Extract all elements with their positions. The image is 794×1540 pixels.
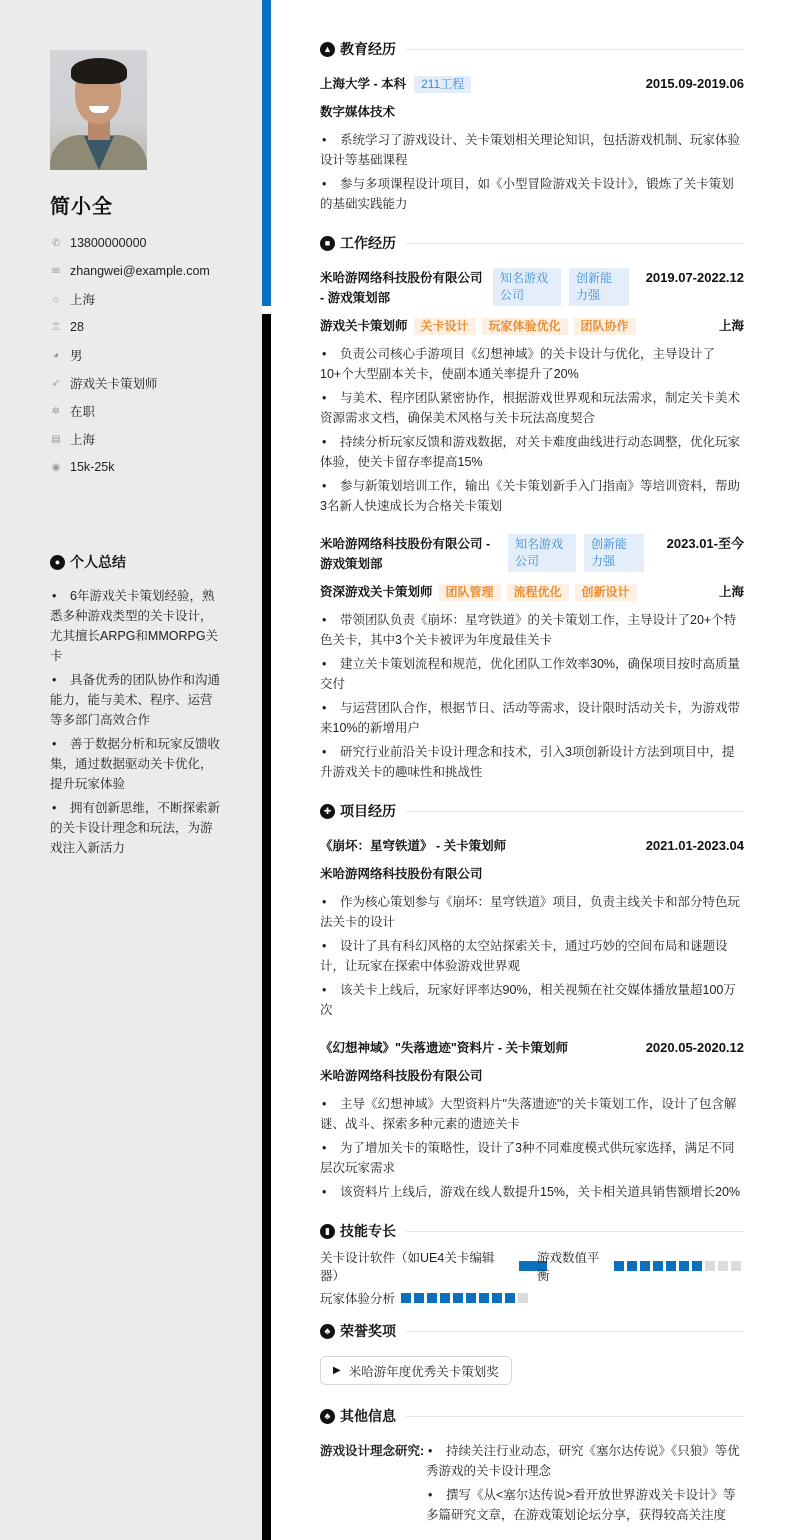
phone-icon: ✆ [50, 237, 62, 249]
project-name: 《崩坏：星穹铁道》 - 关卡策划师 [320, 836, 506, 856]
skill-tag: 关卡设计 [414, 318, 476, 335]
company-tag: 创新能力强 [569, 268, 629, 306]
job-role: 游戏关卡策划师 [320, 319, 408, 333]
summary-heading: ● 个人总结 [50, 552, 220, 572]
summary-section: ● 个人总结 6年游戏关卡策划经验，熟悉多种游戏类型的关卡设计，尤其擅长ARPG… [50, 552, 220, 862]
education-entry: 上海大学 - 本科211工程 2015.09-2019.06 数字媒体技术 系统… [320, 74, 744, 214]
company-name: 米哈游网络科技股份有限公司 - 游戏策划部 [320, 268, 485, 308]
work-date: 2023.01-至今 [667, 534, 744, 554]
company-tag: 知名游戏公司 [508, 534, 576, 572]
contact-location: ⌂上海 [50, 285, 210, 313]
avatar [50, 50, 147, 170]
skill-level-bar [401, 1293, 531, 1303]
contact-gender: ◕男 [50, 341, 210, 369]
work-entry: 米哈游网络科技股份有限公司 - 游戏策划部 知名游戏公司 创新能力强 2023.… [320, 534, 744, 782]
project-entry: 《崩坏：星穹铁道》 - 关卡策划师2021.01-2023.04 米哈游网络科技… [320, 836, 744, 1020]
work-item: 与运营团队合作，根据节日、活动等需求，设计限时活动关卡，为游戏带来10%的新增用… [320, 698, 744, 738]
accent-bar-black [262, 314, 271, 1540]
contact-position: ➶游戏关卡策划师 [50, 369, 210, 397]
work-entry: 米哈游网络科技股份有限公司 - 游戏策划部 知名游戏公司 创新能力强 2019.… [320, 268, 744, 516]
bar-chart-icon: ▮ [320, 1224, 335, 1239]
awards-heading: ♣ 荣誉奖项 [320, 1320, 744, 1342]
company-tag: 创新能力强 [584, 534, 644, 572]
project-date: 2020.05-2020.12 [646, 1038, 744, 1058]
school-name: 上海大学 - 本科 [320, 77, 406, 91]
education-item: 系统学习了游戏设计、关卡策划相关理论知识，包括游戏机制、玩家体验设计等基础课程 [320, 130, 744, 170]
award-item: ▶ 米哈游年度优秀关卡策划奖 [320, 1356, 512, 1385]
work-item: 参与新策划培训工作，输出《关卡策划新手入门指南》等培训资料，帮助3名新人快速成长… [320, 476, 744, 516]
work-item: 研究行业前沿关卡设计理念和技术，引入3项创新设计方法到项目中，提升游戏关卡的趣味… [320, 742, 744, 782]
project-date: 2021.01-2023.04 [646, 836, 744, 856]
info-icon: ♣ [320, 1409, 335, 1424]
project-item: 作为核心策划参与《崩坏：星穹铁道》项目，负责主线关卡和部分特色玩法关卡的设计 [320, 892, 744, 932]
divider [406, 49, 744, 50]
send-icon: ➶ [50, 377, 62, 389]
contact-phone: ✆13800000000 [50, 229, 210, 257]
major: 数字媒体技术 [320, 102, 744, 122]
other-item: 持续关注行业动态，研究《塞尔达传说》《只狼》等优秀游戏的关卡设计理念 [426, 1441, 744, 1481]
job-location: 上海 [719, 582, 744, 602]
skill-row: 玩家体验分析 [320, 1288, 744, 1308]
company-name: 米哈游网络科技股份有限公司 - 游戏策划部 [320, 534, 500, 574]
age-icon: ♖ [50, 321, 62, 333]
contact-status: ✲在职 [50, 397, 210, 425]
building-icon: ▤ [50, 433, 62, 445]
skill-tag: 团队协作 [574, 318, 636, 335]
play-icon: ▶ [333, 1365, 341, 1376]
award-icon: ♣ [320, 1324, 335, 1339]
divider [406, 1331, 744, 1332]
skill-level-bar [614, 1261, 744, 1271]
summary-item: 6年游戏关卡策划经验，熟悉多种游戏类型的关卡设计，尤其擅长ARPG和MMORPG… [50, 586, 220, 666]
gender-icon: ◕ [50, 349, 62, 361]
work-item: 持续分析玩家反馈和游戏数据，对关卡难度曲线进行动态调整，优化玩家体验，使关卡留存… [320, 432, 744, 472]
divider [406, 1231, 744, 1232]
graduation-cap-icon: ▲ [320, 42, 335, 57]
project-item: 该关卡上线后，玩家好评率达90%，相关视频在社交媒体播放量超100万次 [320, 980, 744, 1020]
mail-icon: ✉ [50, 265, 62, 277]
school-tag: 211工程 [414, 76, 471, 93]
user-icon: ● [50, 555, 65, 570]
skill-name: 关卡设计软件（如UE4关卡编辑器） [320, 1248, 509, 1284]
work-item: 负责公司核心手游项目《幻想神域》的关卡设计与优化，主导设计了10+个大型副本关卡… [320, 344, 744, 384]
profile-name: 简小全 [50, 190, 113, 219]
education-item: 参与多项课程设计项目，如《小型冒险游戏关卡设计》，锻炼了关卡策划的基础实践能力 [320, 174, 744, 214]
project-item: 设计了具有科幻风格的太空站探索关卡，通过巧妙的空间布局和谜题设计，让玩家在探索中… [320, 936, 744, 976]
contact-list: ✆13800000000 ✉zhangwei@example.com ⌂上海 ♖… [50, 229, 210, 481]
status-icon: ✲ [50, 405, 62, 417]
company-tag: 知名游戏公司 [493, 268, 561, 306]
main-content: ▲ 教育经历 上海大学 - 本科211工程 2015.09-2019.06 数字… [320, 38, 744, 1529]
skill-tag: 团队管理 [439, 584, 501, 601]
project-entry: 《幻想神域》"失落遗迹"资料片 - 关卡策划师2020.05-2020.12 米… [320, 1038, 744, 1202]
salary-icon: ◉ [50, 461, 62, 473]
work-date: 2019.07-2022.12 [646, 268, 744, 288]
skill-row: 关卡设计软件（如UE4关卡编辑器） 游戏数值平衡 [320, 1256, 744, 1276]
skills-heading: ▮ 技能专长 [320, 1220, 744, 1242]
briefcase-icon: ■ [320, 236, 335, 251]
work-item: 建立关卡策划流程和规范，优化团队工作效率30%，确保项目按时高质量交付 [320, 654, 744, 694]
project-company: 米哈游网络科技股份有限公司 [320, 864, 744, 884]
projects-heading: ✚ 项目经历 [320, 800, 744, 822]
work-item: 与美术、程序团队紧密协作，根据游戏世界观和玩法需求，制定关卡美术资源需求文档，确… [320, 388, 744, 428]
contact-salary: ◉15k-25k [50, 453, 210, 481]
work-item: 带领团队负责《崩坏：星穹铁道》的关卡策划工作，主导设计了20+个特色关卡，其中3… [320, 610, 744, 650]
project-item: 为了增加关卡的策略性，设计了3种不同难度模式供玩家选择，满足不同层次玩家需求 [320, 1138, 744, 1178]
summary-item: 善于数据分析和玩家反馈收集，通过数据驱动关卡优化，提升玩家体验 [50, 734, 220, 794]
divider [406, 811, 744, 812]
job-location: 上海 [719, 316, 744, 336]
project-item: 该资料片上线后，游戏在线人数提升15%，关卡相关道具销售额增长20% [320, 1182, 744, 1202]
divider [406, 1416, 744, 1417]
skill-name: 玩家体验分析 [320, 1289, 395, 1307]
accent-bar-blue [262, 0, 271, 306]
sidebar: 简小全 ✆13800000000 ✉zhangwei@example.com ⌂… [0, 0, 262, 1540]
contact-city: ▤上海 [50, 425, 210, 453]
summary-item: 具备优秀的团队协作和沟通能力，能与美术、程序、运营等多部门高效合作 [50, 670, 220, 730]
skill-tag: 创新设计 [575, 584, 637, 601]
grid-icon: ✚ [320, 804, 335, 819]
contact-email: ✉zhangwei@example.com [50, 257, 210, 285]
education-date: 2015.09-2019.06 [646, 74, 744, 94]
other-heading: ♣ 其他信息 [320, 1405, 744, 1427]
contact-age: ♖28 [50, 313, 210, 341]
skill-tag: 玩家体验优化 [482, 318, 568, 335]
work-heading: ■ 工作经历 [320, 232, 744, 254]
home-icon: ⌂ [50, 293, 62, 305]
other-entry: 游戏设计理念研究: 持续关注行业动态，研究《塞尔达传说》《只狼》等优秀游戏的关卡… [320, 1441, 744, 1529]
education-heading: ▲ 教育经历 [320, 38, 744, 60]
divider [406, 243, 744, 244]
other-label: 游戏设计理念研究: [320, 1441, 426, 1529]
project-item: 主导《幻想神域》大型资料片"失落遗迹"的关卡策划工作，设计了包含解谜、战斗、探索… [320, 1094, 744, 1134]
project-name: 《幻想神域》"失落遗迹"资料片 - 关卡策划师 [320, 1038, 568, 1058]
job-role: 资深游戏关卡策划师 [320, 585, 433, 599]
skill-name: 游戏数值平衡 [537, 1248, 608, 1284]
skill-tag: 流程优化 [507, 584, 569, 601]
summary-item: 拥有创新思维，不断探索新的关卡设计理念和玩法，为游戏注入新活力 [50, 798, 220, 858]
other-item: 撰写《从<塞尔达传说>看开放世界游戏关卡设计》等多篇研究文章，在游戏策划论坛分享… [426, 1485, 744, 1525]
project-company: 米哈游网络科技股份有限公司 [320, 1066, 744, 1086]
